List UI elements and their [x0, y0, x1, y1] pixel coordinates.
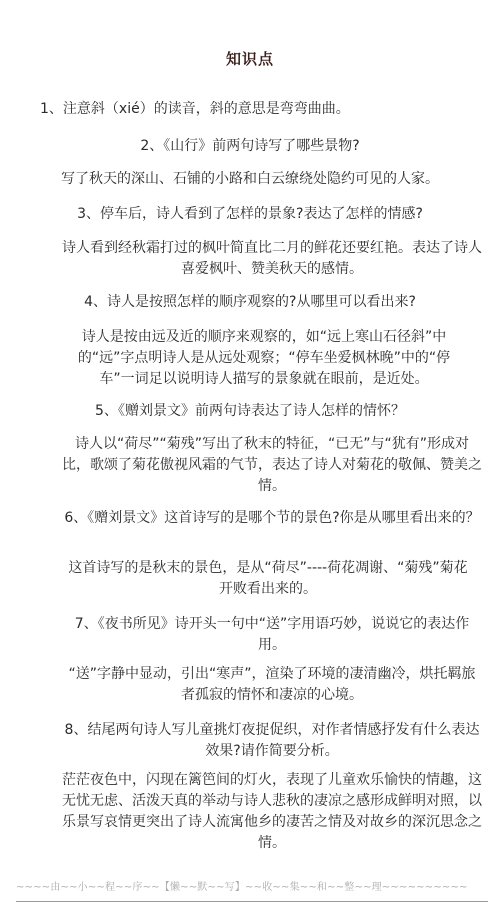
item-4-question: 4、诗人是按照怎样的顺序观察的?从哪里可以看出来? — [0, 292, 500, 312]
item-8-answer: 茫茫夜色中，闪现在篱笆间的灯火，表现了儿童欢乐愉快的情趣，这无忧无虑、活泼天真的… — [62, 770, 482, 854]
footer-watermark: ~~~~由~~小~~程~~序~~【懒~~默~~写】~~收~~集~~和~~整~~理… — [16, 878, 486, 893]
item-5-answer: 诗人以“荷尽”“菊残”写出了秋末的特征，“已无”与“犹有”形成对比，歌颂了菊花傲… — [62, 434, 482, 497]
footer-divider — [16, 901, 488, 902]
item-8-question: 8、结尾两句诗人写儿童挑灯夜捉促织，对作者情感抒发有什么表达效果?请作简要分析。 — [62, 720, 482, 762]
item-7-answer: “送”字静中显动，引出“寒声”，渲染了环境的凄清幽冷，烘托羁旅者孤寂的情怀和凄凉… — [62, 664, 482, 706]
item-3-question: 3、停车后，诗人看到了怎样的景象?表达了怎样的情感? — [0, 204, 500, 224]
item-7-question: 7、《夜书所见》诗开头一句中“送”字用语巧妙，说说它的表达作用。 — [62, 614, 482, 656]
item-2-answer: 写了秋天的深山、石铺的小路和白云缭绕处隐约可见的人家。 — [0, 169, 500, 189]
item-1-question: 1、注意斜（xié）的读音，斜的意思是弯弯曲曲。 — [40, 99, 350, 119]
item-5-question: 5、《赠刘景文》前两句诗表达了诗人怎样的情怀？ — [0, 401, 500, 421]
page-title: 知识点 — [0, 48, 500, 69]
item-3-answer: 诗人看到经秋霜打过的枫叶简直比二月的鲜花还要红艳。表达了诗人喜爱枫叶、赞美秋天的… — [62, 238, 482, 280]
item-6-answer: 这首诗写的是秋末的景色，是从“荷尽”----荷花凋谢、“菊残”菊花开败看出来的。 — [68, 558, 468, 600]
item-4-answer: 诗人是按由远及近的顺序来观察的，如“远上寒山石径斜”中的“远”字点明诗人是从远处… — [64, 327, 464, 390]
item-2-question: 2、《山行》前两句诗写了哪些景物? — [0, 136, 500, 156]
item-6-question: 6、《赠刘景文》这首诗写的是哪个节的景色?你是从哪里看出来的？ — [62, 508, 482, 529]
